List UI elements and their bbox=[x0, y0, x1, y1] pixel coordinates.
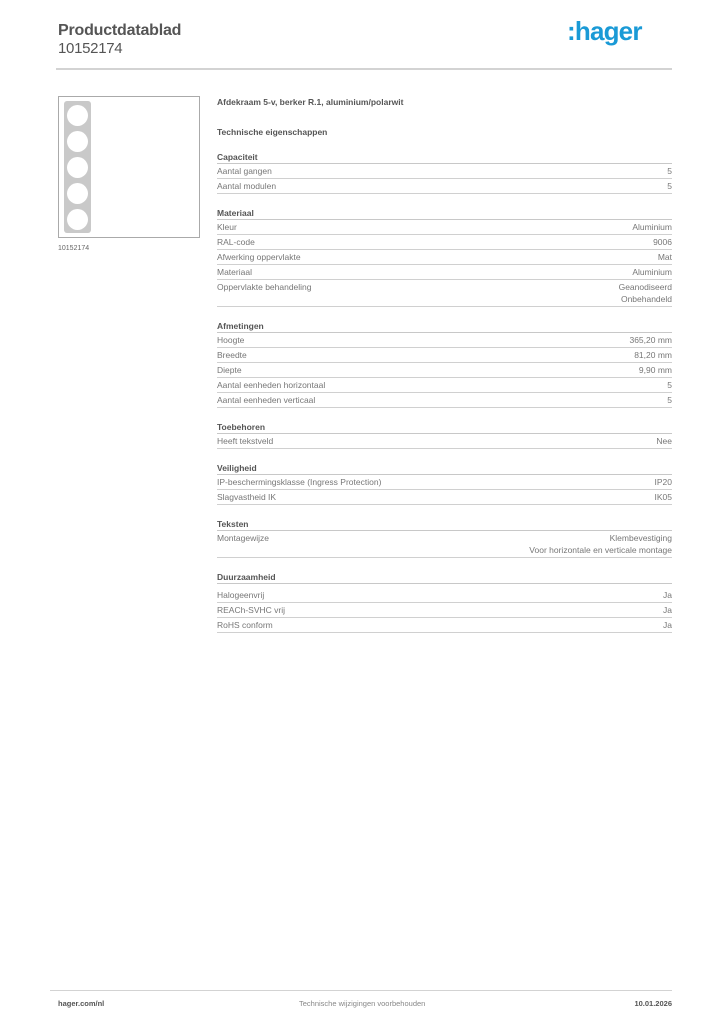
spec-value: 5 bbox=[667, 379, 672, 391]
spec-label: REACh-SVHC vrij bbox=[217, 604, 285, 616]
spec-row: Aantal gangen5 bbox=[217, 164, 672, 179]
section-title: Afmetingen bbox=[217, 320, 672, 333]
spec-value-line: Ja bbox=[663, 589, 672, 601]
spec-label: Breedte bbox=[217, 349, 247, 361]
spec-value: 5 bbox=[667, 165, 672, 177]
spec-value-line: 9,90 mm bbox=[639, 364, 672, 376]
spec-value: KlembevestigingVoor horizontale en verti… bbox=[529, 532, 672, 556]
footer-divider bbox=[50, 990, 672, 991]
spec-sections: CapaciteitAantal gangen5Aantal modulen5M… bbox=[217, 151, 672, 633]
spec-value: 9,90 mm bbox=[639, 364, 672, 376]
hager-logo: :hager bbox=[567, 16, 642, 47]
spec-label: Diepte bbox=[217, 364, 242, 376]
product-number: 10152174 bbox=[58, 40, 122, 57]
spec-label: Heeft tekstveld bbox=[217, 435, 273, 447]
frame-opening bbox=[67, 183, 88, 204]
spec-value: Mat bbox=[658, 251, 672, 263]
spec-row: RoHS conformJa bbox=[217, 618, 672, 633]
spec-value: 5 bbox=[667, 394, 672, 406]
spec-row: Hoogte365,20 mm bbox=[217, 333, 672, 348]
spec-label: Aantal modulen bbox=[217, 180, 276, 192]
spec-value: Ja bbox=[663, 589, 672, 601]
spec-label: Materiaal bbox=[217, 266, 252, 278]
section-title: Veiligheid bbox=[217, 462, 672, 475]
section-title: Toebehoren bbox=[217, 421, 672, 434]
header-divider bbox=[56, 68, 672, 70]
spec-row: Diepte9,90 mm bbox=[217, 363, 672, 378]
frame-opening bbox=[67, 157, 88, 178]
spec-label: IP-beschermingsklasse (Ingress Protectio… bbox=[217, 476, 381, 488]
spec-section-afmetingen: AfmetingenHoogte365,20 mmBreedte81,20 mm… bbox=[217, 320, 672, 408]
spec-value: Aluminium bbox=[632, 221, 672, 233]
footer-website: hager.com/nl bbox=[58, 999, 104, 1008]
spec-row: KleurAluminium bbox=[217, 220, 672, 235]
product-description: Afdekraam 5-v, berker R.1, aluminium/pol… bbox=[217, 96, 672, 108]
spec-value-line: Ja bbox=[663, 604, 672, 616]
spec-label: Oppervlakte behandeling bbox=[217, 281, 312, 293]
spec-value-line: Aluminium bbox=[632, 266, 672, 278]
spec-label: Slagvastheid IK bbox=[217, 491, 276, 503]
spec-value: Ja bbox=[663, 619, 672, 631]
section-title: Materiaal bbox=[217, 207, 672, 220]
spec-value-line: Onbehandeld bbox=[619, 293, 672, 305]
spec-row: Slagvastheid IKIK05 bbox=[217, 490, 672, 505]
spec-value: Aluminium bbox=[632, 266, 672, 278]
frame-opening bbox=[67, 131, 88, 152]
spec-row: REACh-SVHC vrijJa bbox=[217, 603, 672, 618]
image-caption: 10152174 bbox=[58, 245, 89, 252]
spec-label: Montagewijze bbox=[217, 532, 269, 544]
spec-label: Hoogte bbox=[217, 334, 244, 346]
spec-row: Breedte81,20 mm bbox=[217, 348, 672, 363]
section-title: Duurzaamheid bbox=[217, 571, 672, 584]
spec-row: Afwerking oppervlakteMat bbox=[217, 250, 672, 265]
spec-label: RoHS conform bbox=[217, 619, 273, 631]
spec-section-duurzaamheid: DuurzaamheidHalogeenvrijJaREACh-SVHC vri… bbox=[217, 571, 672, 633]
spec-value-line: 5 bbox=[667, 379, 672, 391]
spec-value-line: Mat bbox=[658, 251, 672, 263]
spec-value-line: Geanodiseerd bbox=[619, 281, 672, 293]
frame-opening bbox=[67, 105, 88, 126]
footer-disclaimer: Technische wijzigingen voorbehouden bbox=[299, 999, 425, 1008]
spec-value-line: 5 bbox=[667, 394, 672, 406]
spec-row: MateriaalAluminium bbox=[217, 265, 672, 280]
spec-section-capaciteit: CapaciteitAantal gangen5Aantal modulen5 bbox=[217, 151, 672, 194]
spec-section-teksten: TekstenMontagewijzeKlembevestigingVoor h… bbox=[217, 518, 672, 558]
section-title: Teksten bbox=[217, 518, 672, 531]
spec-row: RAL-code9006 bbox=[217, 235, 672, 250]
spec-label: Aantal eenheden horizontaal bbox=[217, 379, 325, 391]
spec-value-line: Nee bbox=[656, 435, 672, 447]
spec-value-line: Aluminium bbox=[632, 221, 672, 233]
spec-row: Heeft tekstveldNee bbox=[217, 434, 672, 449]
spec-label: RAL-code bbox=[217, 236, 255, 248]
section-title: Capaciteit bbox=[217, 151, 672, 164]
spec-value: IK05 bbox=[655, 491, 673, 503]
spec-row: HalogeenvrijJa bbox=[217, 588, 672, 603]
spec-row: IP-beschermingsklasse (Ingress Protectio… bbox=[217, 475, 672, 490]
spec-value-line: IP20 bbox=[655, 476, 673, 488]
spec-label: Aantal gangen bbox=[217, 165, 272, 177]
spec-value: 9006 bbox=[653, 236, 672, 248]
product-image bbox=[58, 96, 200, 238]
frame-illustration bbox=[64, 101, 91, 233]
frame-opening bbox=[67, 209, 88, 230]
spec-label: Kleur bbox=[217, 221, 237, 233]
spec-value: Ja bbox=[663, 604, 672, 616]
spec-value-line: 5 bbox=[667, 165, 672, 177]
technical-properties-title: Technische eigenschappen bbox=[217, 126, 672, 138]
spec-section-materiaal: MateriaalKleurAluminiumRAL-code9006Afwer… bbox=[217, 207, 672, 307]
spec-value-line: 9006 bbox=[653, 236, 672, 248]
spec-row: MontagewijzeKlembevestigingVoor horizont… bbox=[217, 531, 672, 558]
spec-value-line: 81,20 mm bbox=[634, 349, 672, 361]
spec-row: Oppervlakte behandelingGeanodiseerdOnbeh… bbox=[217, 280, 672, 307]
spec-value-line: 365,20 mm bbox=[629, 334, 672, 346]
spec-row: Aantal modulen5 bbox=[217, 179, 672, 194]
spec-value: GeanodiseerdOnbehandeld bbox=[619, 281, 672, 305]
spec-label: Halogeenvrij bbox=[217, 589, 264, 601]
spec-value: 5 bbox=[667, 180, 672, 192]
spec-value-line: 5 bbox=[667, 180, 672, 192]
spec-value-line: Klembevestiging bbox=[529, 532, 672, 544]
spec-row: Aantal eenheden verticaal5 bbox=[217, 393, 672, 408]
spec-value: 81,20 mm bbox=[634, 349, 672, 361]
document-title: Productdatablad bbox=[58, 22, 181, 40]
product-specs: Afdekraam 5-v, berker R.1, aluminium/pol… bbox=[217, 96, 672, 633]
spec-label: Aantal eenheden verticaal bbox=[217, 394, 315, 406]
footer-date: 10.01.2026 bbox=[634, 999, 672, 1008]
spec-value-line: Ja bbox=[663, 619, 672, 631]
spec-value: Nee bbox=[656, 435, 672, 447]
spec-value-line: IK05 bbox=[655, 491, 673, 503]
spec-value: IP20 bbox=[655, 476, 673, 488]
spec-row: Aantal eenheden horizontaal5 bbox=[217, 378, 672, 393]
spec-value-line: Voor horizontale en verticale montage bbox=[529, 544, 672, 556]
spec-label: Afwerking oppervlakte bbox=[217, 251, 301, 263]
spec-section-veiligheid: VeiligheidIP-beschermingsklasse (Ingress… bbox=[217, 462, 672, 505]
spec-value: 365,20 mm bbox=[629, 334, 672, 346]
spec-section-toebehoren: ToebehorenHeeft tekstveldNee bbox=[217, 421, 672, 449]
